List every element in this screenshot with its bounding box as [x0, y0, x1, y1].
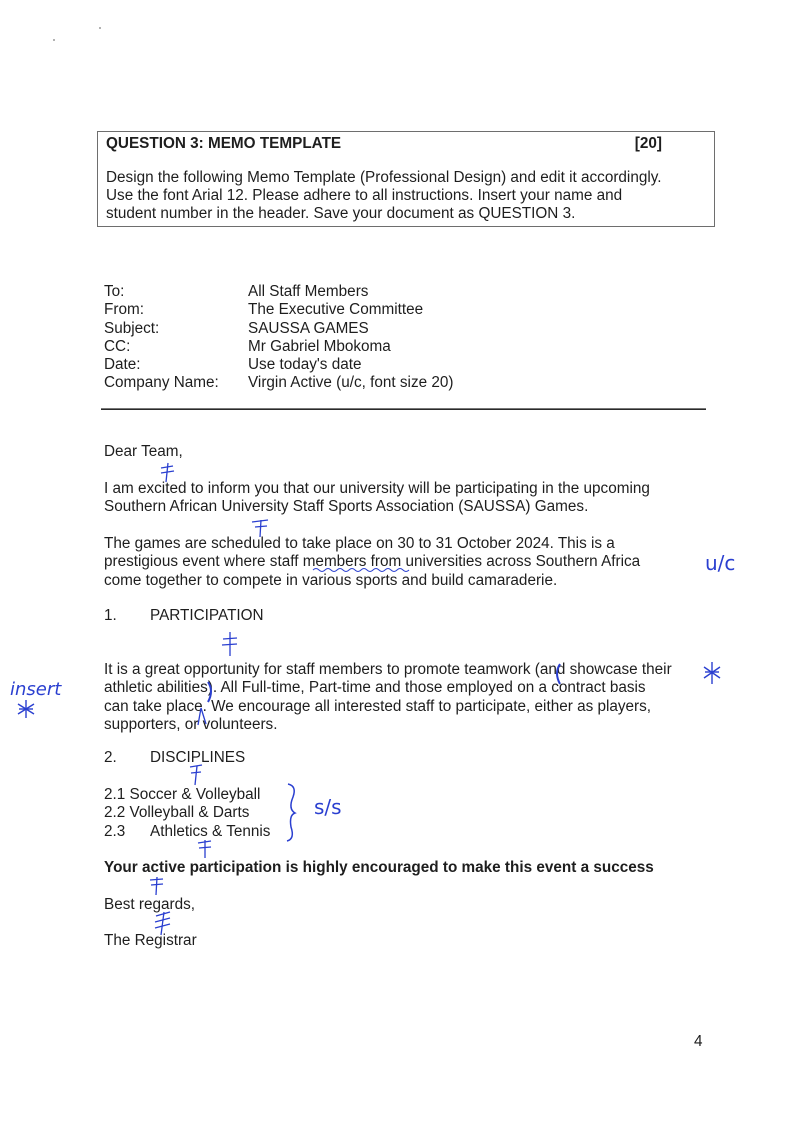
instruction-line: Use the font Arial 12. Please adhere to … [106, 187, 711, 205]
memo-label: CC: [104, 338, 248, 356]
memo-header: To: All Staff Members From: The Executiv… [104, 283, 453, 393]
insert-annotation: insert [10, 679, 61, 700]
memo-label: Company Name: [104, 374, 248, 392]
paragraph-mark-icon [147, 876, 167, 896]
paragraph-line: come together to compete in various spor… [104, 572, 640, 590]
disciplines-list: 2.1 Soccer & Volleyball 2.2 Volleyball &… [104, 786, 270, 841]
scan-speck [99, 27, 101, 29]
memo-value: SAUSSA GAMES [248, 320, 369, 338]
memo-label: To: [104, 283, 248, 301]
closing-statement: Your active participation is highly enco… [104, 859, 654, 877]
section-1-paragraph: It is a great opportunity for staff memb… [104, 661, 672, 734]
memo-value: Use today's date [248, 356, 361, 374]
question-marks: [20] [635, 135, 662, 153]
question-instructions: Design the following Memo Template (Prof… [106, 169, 711, 223]
uppercase-annotation: u/c [705, 551, 735, 575]
paragraph-mark-icon [158, 462, 178, 484]
text-run: across Southern Africa [482, 553, 640, 570]
paragraph-mark-icon [186, 764, 206, 786]
scan-speck [53, 39, 55, 41]
paragraph-line: can take place. We encourage all interes… [104, 698, 672, 716]
memo-label: Subject: [104, 320, 248, 338]
paragraph-2: The games are scheduled to take place on… [104, 535, 640, 590]
section-number: 1. [104, 607, 150, 625]
list-item: 2.1 Soccer & Volleyball [104, 786, 270, 804]
memo-header-row-cc: CC: Mr Gabriel Mbokoma [104, 338, 453, 356]
memo-header-row-date: Date: Use today's date [104, 356, 453, 374]
paragraph-mark-icon [195, 838, 215, 860]
paragraph-line: The games are scheduled to take place on… [104, 535, 640, 553]
list-item: 2.3Athletics & Tennis [104, 823, 270, 841]
instruction-line: Design the following Memo Template (Prof… [106, 169, 711, 187]
question-box: QUESTION 3: MEMO TEMPLATE [20] Design th… [97, 131, 715, 227]
item-number: 2.2 [104, 804, 125, 821]
memo-header-row-company: Company Name: Virgin Active (u/c, font s… [104, 374, 453, 392]
memo-header-row-to: To: All Staff Members [104, 283, 453, 301]
section-title: PARTICIPATION [150, 607, 264, 624]
brace-icon [285, 783, 301, 843]
list-item: 2.2 Volleyball & Darts [104, 804, 270, 822]
memo-value: All Staff Members [248, 283, 368, 301]
caret-insert-icon [197, 706, 207, 726]
paragraph-mark-icon [250, 517, 272, 539]
bracket-close-icon [206, 681, 214, 703]
question-title: QUESTION 3: MEMO TEMPLATE [106, 135, 341, 153]
paragraph-mark-icon [219, 630, 241, 658]
item-number: 2.1 [104, 786, 125, 803]
memo-value: The Executive Committee [248, 301, 423, 319]
section-1-heading: 1.PARTICIPATION [104, 607, 264, 625]
item-text: Volleyball & Darts [130, 804, 250, 821]
paragraph-line: It is a great opportunity for staff memb… [104, 661, 672, 679]
paragraph-1: I am excited to inform you that our univ… [104, 480, 650, 517]
memo-header-row-subject: Subject: SAUSSA GAMES [104, 320, 453, 338]
section-number: 2. [104, 749, 150, 767]
signature: The Registrar [104, 932, 197, 950]
marked-word: universities [406, 553, 483, 570]
memo-label: Date: [104, 356, 248, 374]
memo-value: Virgin Active (u/c, font size 20) [248, 374, 453, 392]
paragraph-line: athletic abilities). All Full-time, Part… [104, 679, 672, 697]
memo-label: From: [104, 301, 248, 319]
section-2-heading: 2.DISCIPLINES [104, 749, 245, 767]
triple-line-mark-icon [152, 910, 174, 936]
item-number: 2.3 [104, 823, 150, 841]
paragraph-line: I am excited to inform you that our univ… [104, 480, 650, 498]
page-number: 4 [694, 1033, 703, 1051]
wavy-underline-icon [313, 567, 411, 573]
paragraph-line: supporters, or volunteers. [104, 716, 672, 734]
instruction-line: student number in the header. Save your … [106, 205, 711, 223]
paragraph-line: Southern African University Staff Sports… [104, 498, 650, 516]
salutation: Dear Team, [104, 443, 183, 461]
header-divider [101, 408, 706, 410]
memo-value: Mr Gabriel Mbokoma [248, 338, 391, 356]
signoff: Best regards, [104, 896, 195, 914]
item-text: Soccer & Volleyball [130, 786, 261, 803]
memo-header-row-from: From: The Executive Committee [104, 301, 453, 319]
asterisk-mark-icon [703, 662, 721, 684]
asterisk-mark-icon [17, 700, 35, 718]
bracket-open-icon [554, 663, 562, 685]
single-spacing-annotation: s/s [314, 795, 342, 819]
